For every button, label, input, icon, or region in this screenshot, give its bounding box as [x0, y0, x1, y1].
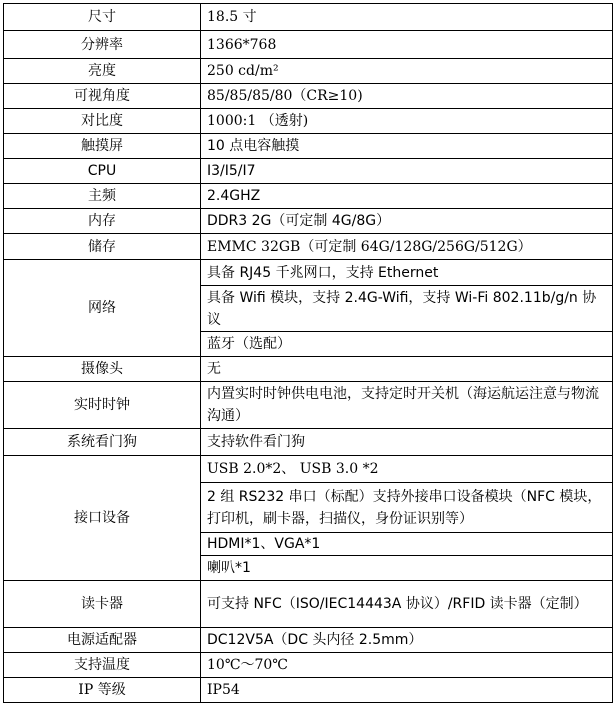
row-value: DC12V5A（DC 头内径 2.5mm）	[201, 628, 613, 653]
table-row: 内存 DDR3 2G（可定制 4G/8G）	[4, 209, 613, 234]
table-row: 读卡器 可支持 NFC（ISO/IEC14443A 协议）/RFID 读卡器（定…	[4, 581, 613, 628]
table-row: 实时时钟 内置实时时钟供电电池，支持定时开关机（海运航运注意与物流沟通）	[4, 382, 613, 429]
row-value: EMMC 32GB（可定制 64G/128G/256G/512G）	[201, 234, 613, 260]
row-label: 可视角度	[4, 84, 201, 109]
row-label: 尺寸	[4, 4, 201, 31]
row-value: 喇叭*1	[201, 556, 613, 581]
table-row: 对比度 1000:1 （透射)	[4, 109, 613, 134]
row-value: 2 组 RS232 串口（标配）支持外接串口设备模块（NFC 模块，打印机，刷卡…	[201, 483, 613, 533]
row-value: 具备 Wifi 模块，支持 2.4G-Wifi，支持 Wi-Fi 802.11b…	[201, 286, 613, 332]
spec-table: 尺寸 18.5 寸 分辨率 1366*768 亮度 250 cd/m² 可视角度…	[3, 3, 613, 703]
row-value: 1366*768	[201, 31, 613, 59]
row-label: 实时时钟	[4, 382, 201, 429]
row-label: 网络	[4, 260, 201, 357]
row-label: 系统看门狗	[4, 429, 201, 456]
row-value: DDR3 2G（可定制 4G/8G）	[201, 209, 613, 234]
row-value: 具备 RJ45 千兆网口，支持 Ethernet	[201, 260, 613, 286]
row-value: USB 2.0*2、 USB 3.0 *2	[201, 456, 613, 483]
row-value: 蓝牙（选配）	[201, 332, 613, 357]
table-row: 亮度 250 cd/m²	[4, 59, 613, 84]
table-row: 可视角度 85/85/85/80（CR≥10)	[4, 84, 613, 109]
table-row: 分辨率 1366*768	[4, 31, 613, 59]
row-value: 10℃～70℃	[201, 653, 613, 678]
table-row: 系统看门狗 支持软件看门狗	[4, 429, 613, 456]
row-value: 支持软件看门狗	[201, 429, 613, 456]
row-value: IP54	[201, 678, 613, 703]
row-label: 亮度	[4, 59, 201, 84]
row-label: IP 等级	[4, 678, 201, 703]
row-label: 接口设备	[4, 456, 201, 581]
row-label: 电源适配器	[4, 628, 201, 653]
row-value: 85/85/85/80（CR≥10)	[201, 84, 613, 109]
table-row: CPU I3/I5/I7	[4, 159, 613, 184]
table-row: 储存 EMMC 32GB（可定制 64G/128G/256G/512G）	[4, 234, 613, 260]
table-row: 触摸屏 10 点电容触摸	[4, 134, 613, 159]
row-value: 2.4GHZ	[201, 184, 613, 209]
table-row: 尺寸 18.5 寸	[4, 4, 613, 31]
row-value: 18.5 寸	[201, 4, 613, 31]
row-label: 主频	[4, 184, 201, 209]
row-value: 1000:1 （透射)	[201, 109, 613, 134]
row-label: 对比度	[4, 109, 201, 134]
row-value: 内置实时时钟供电电池，支持定时开关机（海运航运注意与物流沟通）	[201, 382, 613, 429]
row-label: 读卡器	[4, 581, 201, 628]
row-label: 支持温度	[4, 653, 201, 678]
row-value: HDMI*1、VGA*1	[201, 533, 613, 556]
row-label: 储存	[4, 234, 201, 260]
row-label: 触摸屏	[4, 134, 201, 159]
table-row: 电源适配器 DC12V5A（DC 头内径 2.5mm）	[4, 628, 613, 653]
row-value: 可支持 NFC（ISO/IEC14443A 协议）/RFID 读卡器（定制）	[201, 581, 613, 628]
table-row: 接口设备 USB 2.0*2、 USB 3.0 *2	[4, 456, 613, 483]
table-row: 摄像头 无	[4, 357, 613, 382]
row-label: CPU	[4, 159, 201, 184]
row-value: 10 点电容触摸	[201, 134, 613, 159]
row-label: 分辨率	[4, 31, 201, 59]
row-value: 250 cd/m²	[201, 59, 613, 84]
table-row: IP 等级 IP54	[4, 678, 613, 703]
row-label: 摄像头	[4, 357, 201, 382]
row-value: 无	[201, 357, 613, 382]
row-label: 内存	[4, 209, 201, 234]
row-value: I3/I5/I7	[201, 159, 613, 184]
table-row: 主频 2.4GHZ	[4, 184, 613, 209]
table-row: 网络 具备 RJ45 千兆网口，支持 Ethernet	[4, 260, 613, 286]
table-row: 支持温度 10℃～70℃	[4, 653, 613, 678]
